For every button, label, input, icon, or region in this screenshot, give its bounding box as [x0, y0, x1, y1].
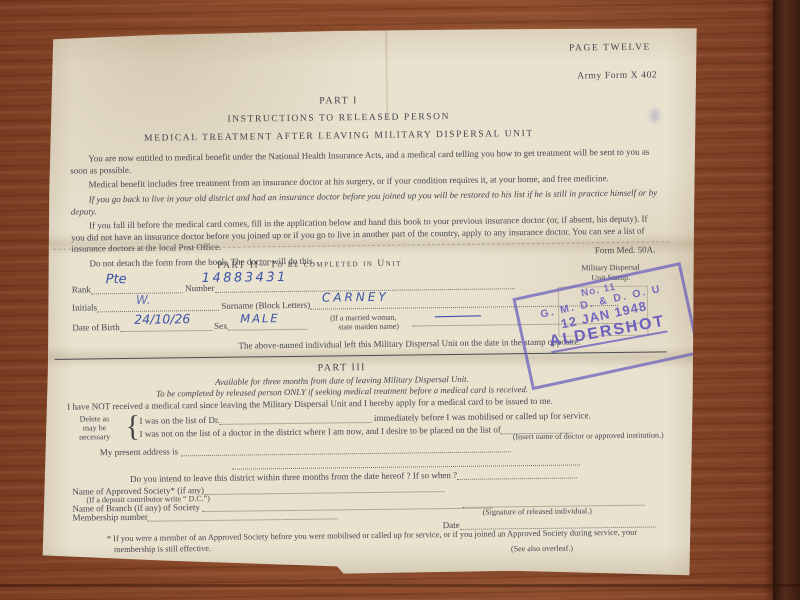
- army-form-document: PAGE TWELVE Army Form X 402 PART I INSTR…: [40, 26, 700, 578]
- option1-pre: I was on the list of Dr.: [139, 415, 219, 426]
- maiden-caption-line2: state maiden name): [330, 322, 399, 332]
- intend-question-row: Do you intend to leave this district wit…: [130, 468, 577, 483]
- membership-leader: [148, 510, 338, 521]
- form-ref: Form Med. 50A.: [595, 245, 656, 256]
- delete-note-line3: necessary: [79, 433, 110, 442]
- delete-note-line2: may be: [83, 423, 106, 432]
- membership-row: Membership number: [73, 509, 338, 522]
- sex-label: Sex: [214, 321, 228, 331]
- table-plank-edge: [773, 0, 800, 600]
- intend-leader: [457, 469, 577, 479]
- maiden-name-caption: (If a married woman, state maiden name): [330, 314, 399, 333]
- see-overleaf-note: (See also overleaf.): [511, 544, 573, 554]
- signature-caption: (Signature of released individual.): [483, 506, 592, 516]
- option2-text: I was not on the list of a doctor in the…: [140, 424, 501, 438]
- table-groove: [0, 584, 800, 587]
- delete-note-line1: Delete as: [80, 414, 110, 423]
- rank-label: Rank: [72, 284, 91, 294]
- dob-label: Date of Birth: [72, 322, 120, 333]
- option1-post: immediately before I was mobilised or ca…: [374, 410, 591, 423]
- surname-handwritten-value: CARNEY: [322, 290, 389, 305]
- part1-heading1: INSTRUCTIONS TO RELEASED PERSON: [38, 110, 640, 127]
- unit-stamp-caption-line1: Military Dispersal: [581, 263, 640, 273]
- initials-handwritten-value: W.: [136, 293, 151, 307]
- sex-handwritten-value: MALE: [240, 311, 280, 325]
- page-label: PAGE TWELVE: [569, 43, 651, 54]
- maiden-name-dash: —: [431, 305, 485, 325]
- address-row: My present address is: [100, 442, 511, 457]
- para-old-district: If you go back to live in your old distr…: [71, 187, 659, 218]
- dispersal-unit-stamp: No. 11 G. M. D. & D. O. U 12 JAN 1948 AL…: [512, 262, 700, 390]
- approved-society-footnote: * If you were a member of an Approved So…: [67, 526, 663, 556]
- option1-leader: [220, 414, 372, 425]
- number-handwritten-value: 14883431: [202, 270, 288, 286]
- photo-scene: PAGE TWELVE Army Form X 402 PART I INSTR…: [0, 0, 800, 600]
- rank-handwritten-value: Pte: [106, 272, 127, 287]
- dob-handwritten-value: 24/10/26: [134, 311, 190, 327]
- membership-label: Membership number: [73, 512, 148, 523]
- surname-label: Surname (Block Letters): [221, 300, 310, 311]
- para-fall-ill: If you fall ill before the medical card …: [71, 213, 659, 255]
- option2-row: I was not on the list of a doctor in the…: [140, 424, 573, 439]
- part1-title: PART I: [37, 92, 639, 110]
- part1-heading2: MEDICAL TREATMENT AFTER LEAVING MILITARY…: [38, 128, 640, 145]
- para-entitled: You are now entitled to medical benefit …: [70, 146, 658, 177]
- address-leader: [180, 443, 510, 456]
- delete-options-brace: {: [125, 410, 140, 444]
- insert-doctor-note: (Insert name of doctor or approved insti…: [513, 430, 664, 441]
- delete-as-necessary-note: Delete as may be necessary: [67, 414, 121, 442]
- form-number: Army Form X 402: [577, 70, 657, 81]
- address-label: My present address is: [100, 446, 178, 457]
- paper-crease: [385, 26, 389, 121]
- initials-label: Initials: [72, 302, 97, 312]
- ink-smudge: [650, 108, 660, 122]
- society-leader: [204, 483, 444, 495]
- document-content: PAGE TWELVE Army Form X 402 PART I INSTR…: [37, 22, 704, 582]
- address-leader-line2: [232, 456, 580, 469]
